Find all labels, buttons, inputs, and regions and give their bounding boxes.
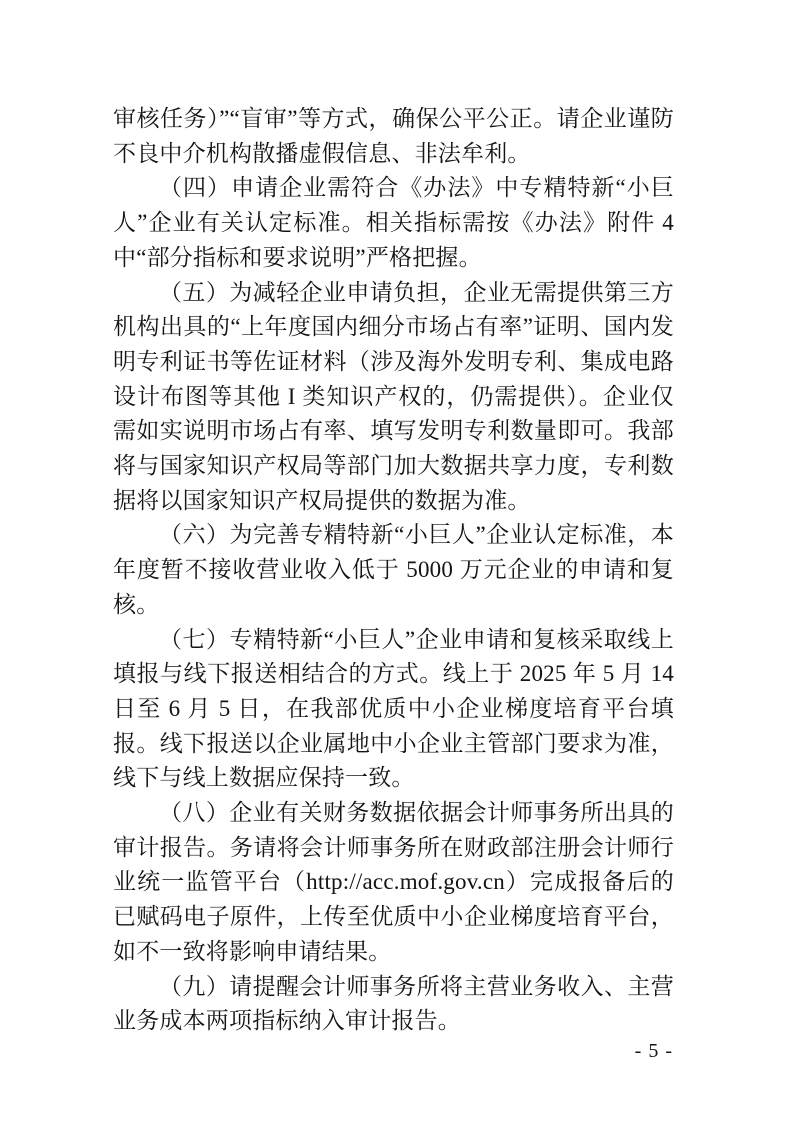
page-number: - 5 - — [635, 1039, 673, 1063]
paragraph-item-7: （七）专精特新“小巨人”企业申请和复核采取线上填报与线下报送相结合的方式。线上于… — [113, 623, 674, 797]
paragraph-item-9: （九）请提醒会计师事务所将主营业务收入、主营业务成本两项指标纳入审计报告。 — [113, 970, 674, 1039]
paragraph-item-6: （六）为完善专精特新“小巨人”企业认定标准，本年度暂不接收营业收入低于 5000… — [113, 518, 674, 622]
paragraph-item-4: （四）申请企业需符合《办法》中专精特新“小巨人”企业有关认定标准。相关指标需按《… — [113, 171, 674, 275]
document-page: 审核任务）”“盲审”等方式，确保公平公正。请企业谨防不良中介机构散播虚假信息、非… — [0, 0, 793, 1122]
paragraph-continuation: 审核任务）”“盲审”等方式，确保公平公正。请企业谨防不良中介机构散播虚假信息、非… — [113, 102, 674, 171]
paragraph-item-8: （八）企业有关财务数据依据会计师事务所出具的审计报告。务请将会计师事务所在财政部… — [113, 796, 674, 970]
document-body: 审核任务）”“盲审”等方式，确保公平公正。请企业谨防不良中介机构散播虚假信息、非… — [113, 102, 674, 1039]
paragraph-item-5: （五）为减轻企业申请负担，企业无需提供第三方机构出具的“上年度国内细分市场占有率… — [113, 276, 674, 519]
